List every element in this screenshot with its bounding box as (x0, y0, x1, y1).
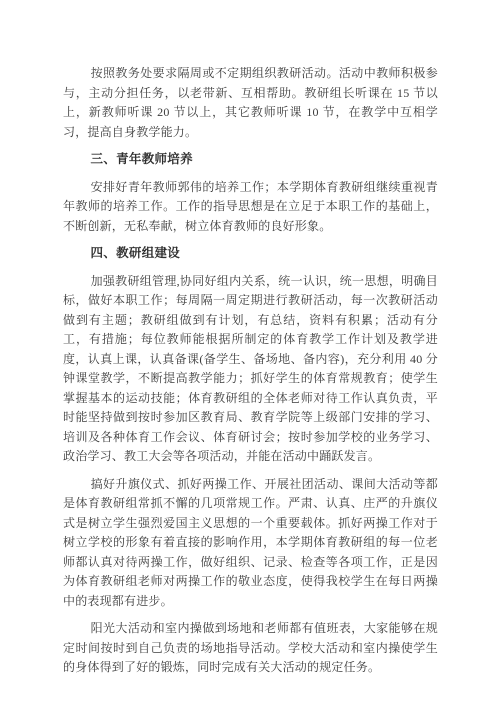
document-page: 按照教务处要求隔周或不定期组织教研活动。活动中教师积极参与，主动分担任务，以老带… (0, 0, 500, 707)
body-paragraph: 阳光大活动和室内操做到场地和老师都有值班表，大家能够在规定时间按时到自己负责的场… (63, 619, 438, 678)
body-paragraph: 搞好升旗仪式、抓好两操工作、开展社团活动、课间大活动等都是体育教研组常抓不懈的几… (63, 475, 438, 612)
body-paragraph: 按照教务处要求隔周或不定期组织教研活动。活动中教师积极参与，主动分担任务，以老带… (63, 64, 438, 142)
document-body: 按照教务处要求隔周或不定期组织教研活动。活动中教师积极参与，主动分担任务，以老带… (63, 64, 438, 678)
body-paragraph: 安排好青年教师郭伟的培养工作；本学期体育教研组继续重视青年教师的培养工作。工作的… (63, 178, 438, 237)
body-paragraph: 加强教研组管理,协同好组内关系，统一认识，统一思想，明确目标，做好本职工作；每周… (63, 272, 438, 467)
section-heading: 三、青年教师培养 (63, 150, 438, 170)
section-heading: 四、教研组建设 (63, 244, 438, 264)
